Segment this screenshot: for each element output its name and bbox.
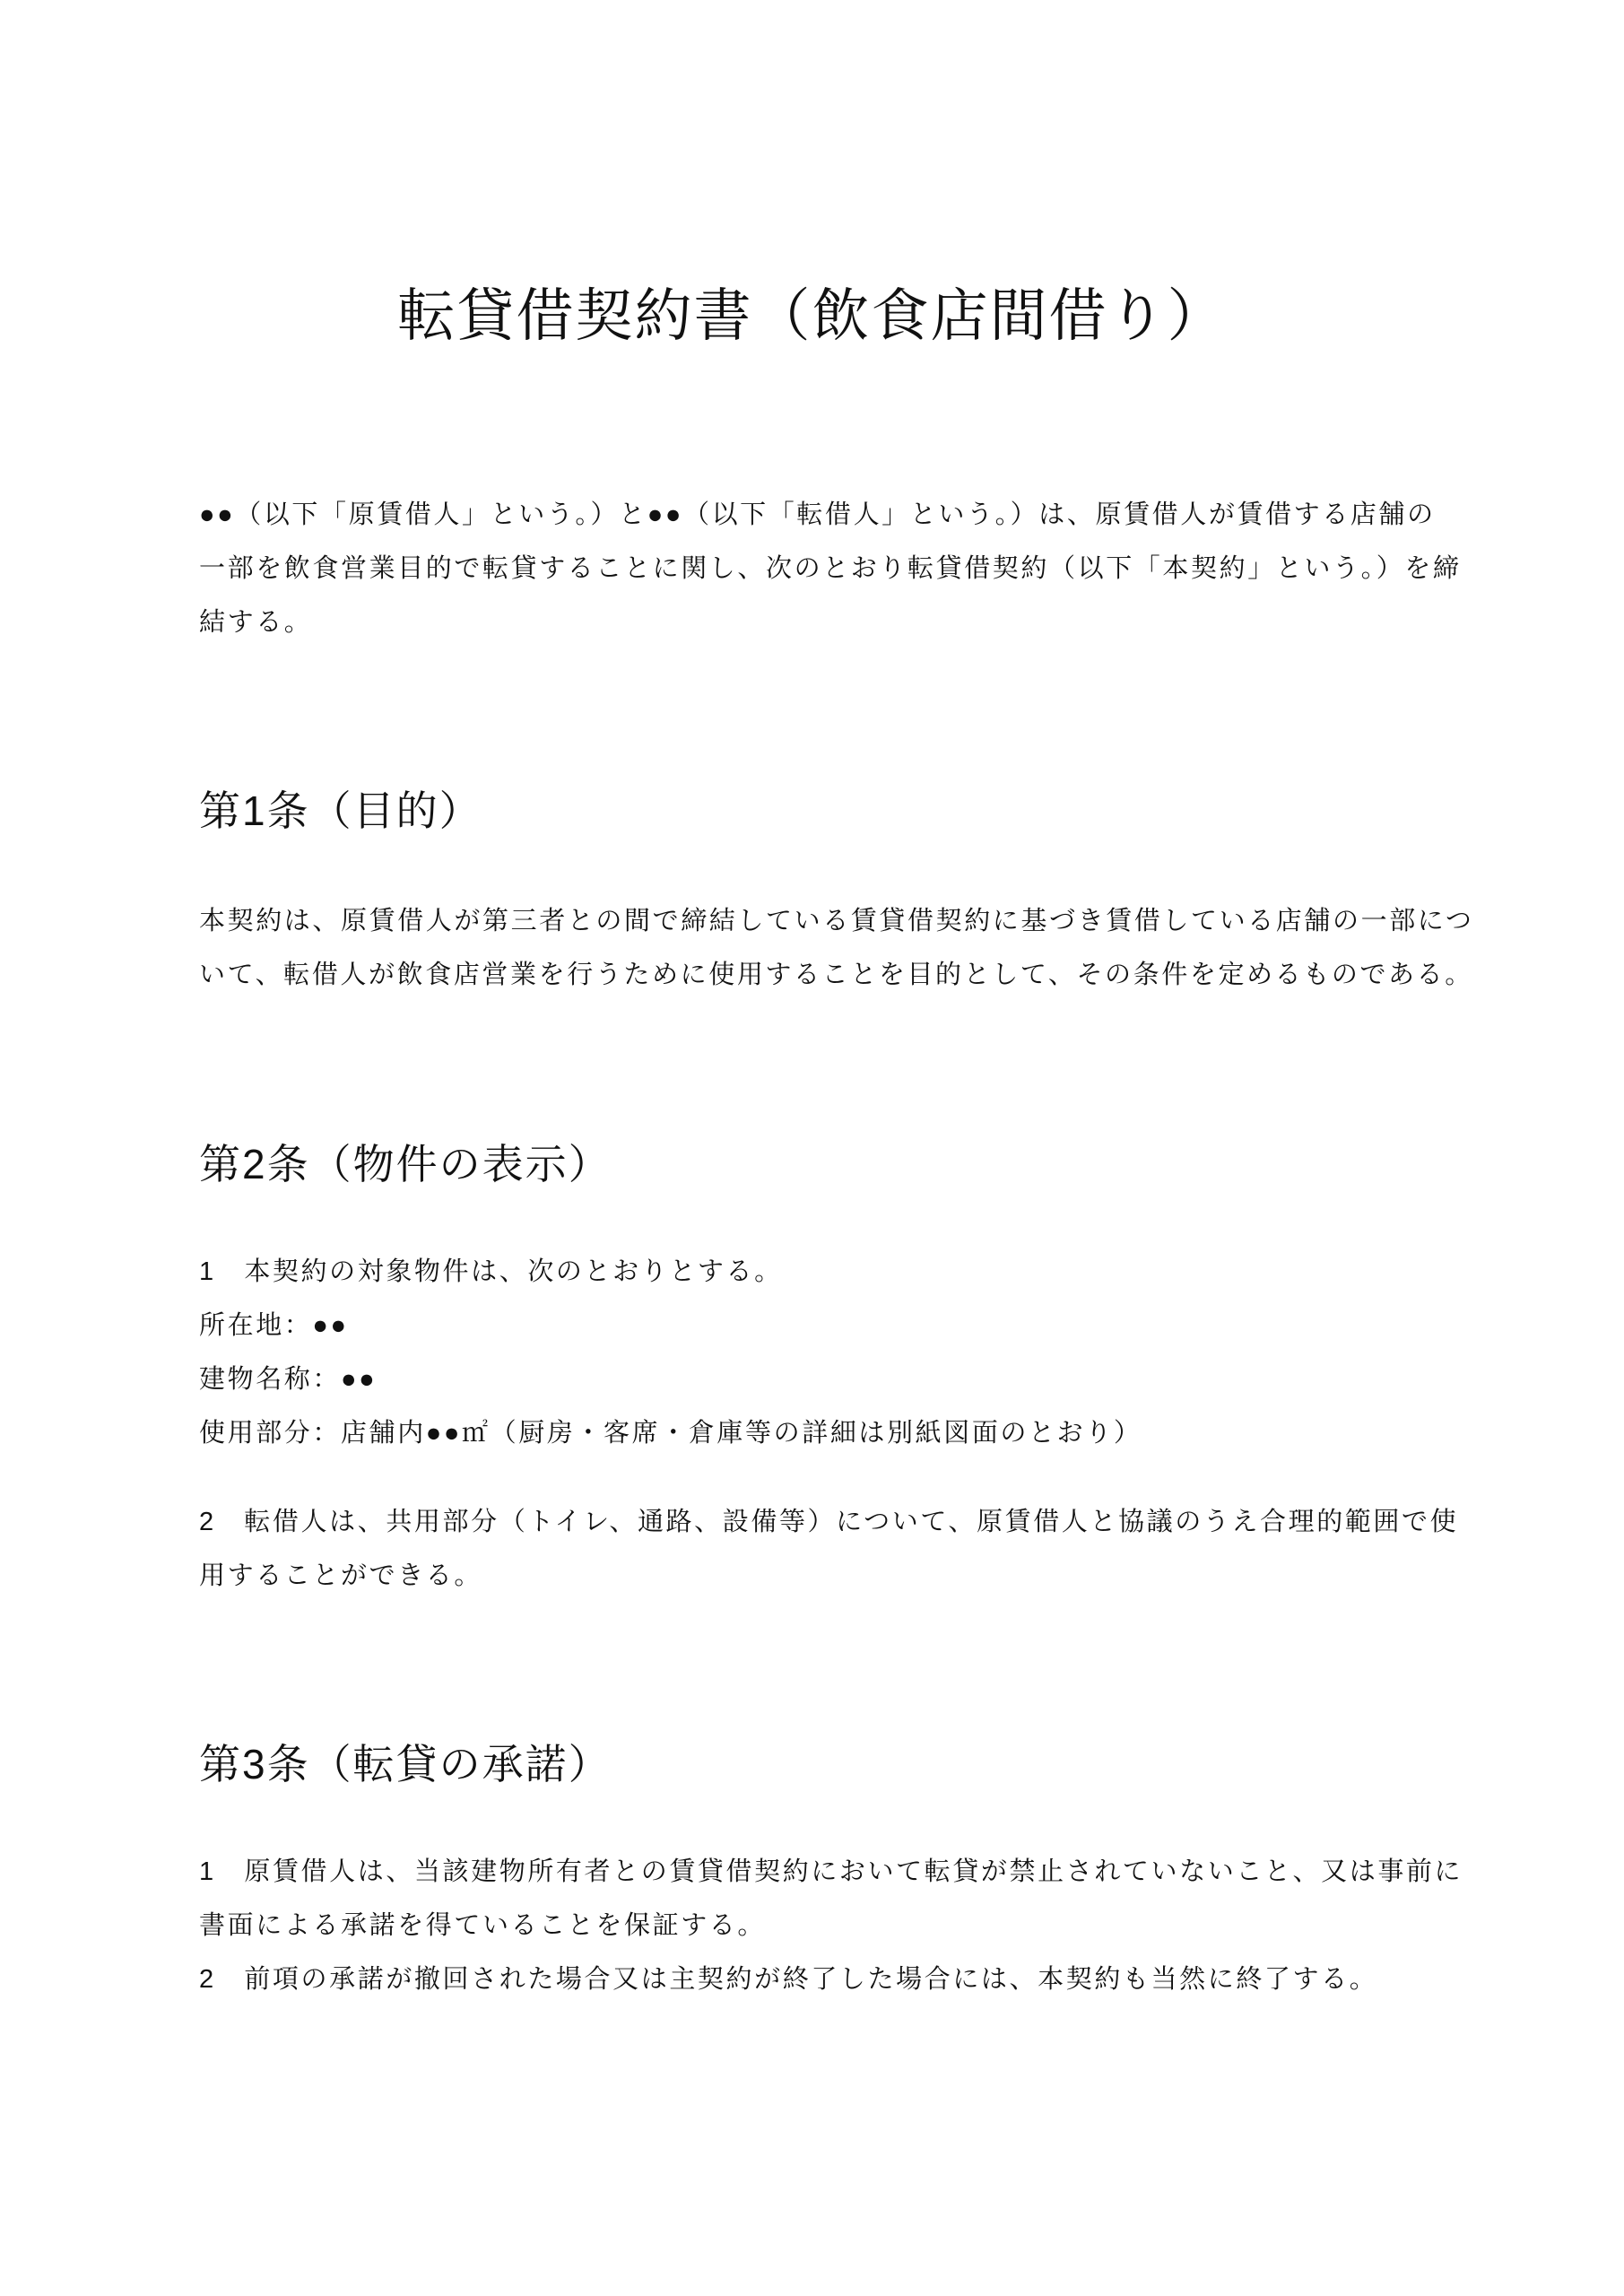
property-usage-area: 使用部分：店舗内●●㎡（厨房・客席・倉庫等の詳細は別紙図面のとおり） [199, 1415, 1142, 1451]
article-2-clause-2: 2 転借人は、共用部分（トイレ、通路、設備等）について、原賃借人と協議のうえ合理… [199, 1504, 1458, 1540]
article-1-heading: 第1条（目的） [199, 784, 482, 838]
preamble-line: 結する。 [199, 604, 312, 640]
article-3-clause-1: 1 原賃借人は、当該建物所有者との賃貸借契約において転貸が禁止されていないこと、… [199, 1854, 1463, 1890]
article-1-line: 本契約は、原賃借人が第三者との間で締結している賃貸借契約に基づき賃借している店舗… [199, 903, 1473, 939]
document-title: 転貸借契約書（飲食店間借り） [0, 280, 1624, 352]
article-2-heading: 第2条（物件の表示） [199, 1137, 612, 1191]
article-1-line: いて、転借人が飲食店営業を行うために使用することを目的として、その条件を定めるも… [199, 957, 1473, 993]
property-building-name: 建物名称：●● [199, 1361, 377, 1397]
article-2-clause-1: 1 本契約の対象物件は、次のとおりとする。 [199, 1254, 783, 1290]
preamble-line: 一部を飲食営業目的で転貸することに関し、次のとおり転貸借契約（以下「本契約」とい… [199, 551, 1462, 587]
article-3-heading: 第3条（転貸の承諾） [199, 1737, 612, 1791]
article-3-clause-2: 2 前項の承諾が撤回された場合又は主契約が終了した場合には、本契約も当然に終了す… [199, 1961, 1377, 1997]
preamble-line: ●●（以下「原賃借人」という。）と●●（以下「転借人」という。）は、原賃借人が賃… [199, 497, 1436, 533]
document-page: 転貸借契約書（飲食店間借り） ●●（以下「原賃借人」という。）と●●（以下「転借… [0, 0, 1624, 2296]
article-2-clause-2-cont: 用することができる。 [199, 1558, 482, 1594]
article-3-clause-1-cont: 書面による承諾を得ていることを保証する。 [199, 1908, 766, 1944]
property-location: 所在地：●● [199, 1308, 349, 1344]
